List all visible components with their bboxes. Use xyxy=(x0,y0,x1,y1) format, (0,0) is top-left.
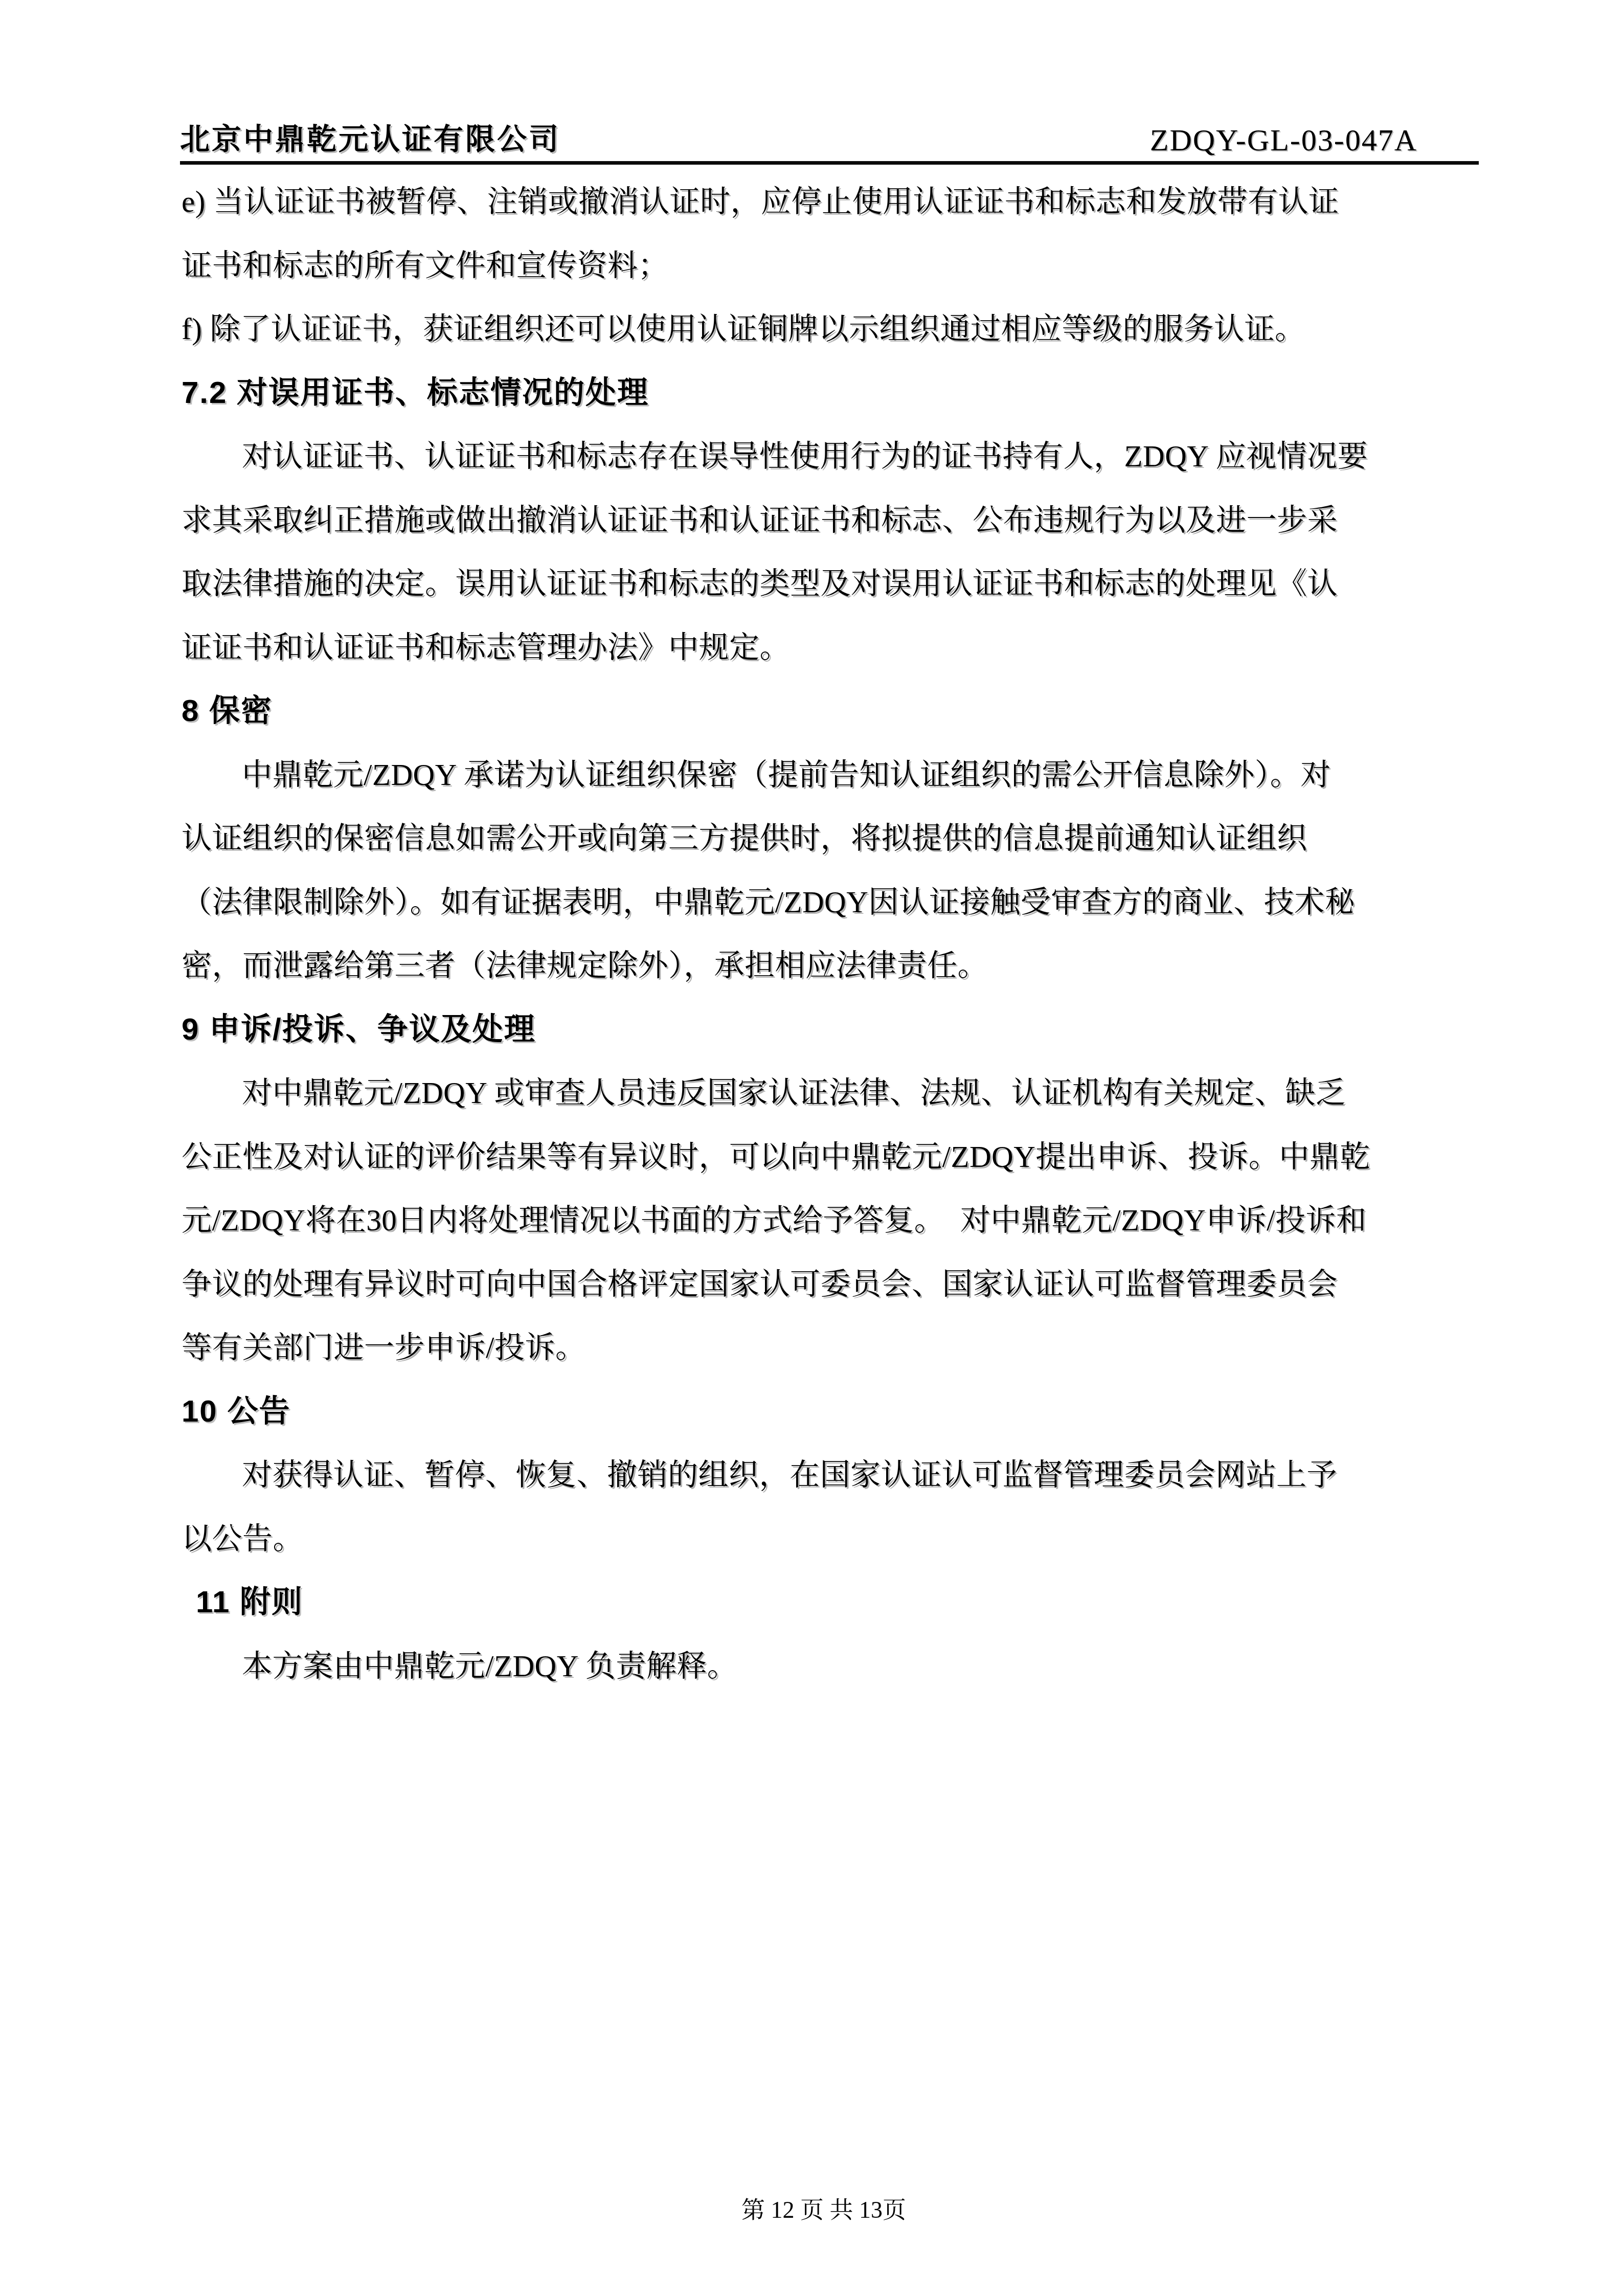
body-line: （法律限制除外）。如有证据表明，中鼎乾元/ZDQY因认证接触受审查方的商业、技术… xyxy=(182,870,1483,934)
page-header: 北京中鼎乾元认证有限公司 ZDQY-GL-03-047A xyxy=(180,105,1479,165)
page-number-indicator: 第 12 页 共 13页 xyxy=(741,2197,906,2223)
company-name: 北京中鼎乾元认证有限公司 xyxy=(180,115,560,158)
body-line: 以公告。 xyxy=(182,1507,1483,1571)
body-line: 求其采取纠正措施或做出撤消认证证书和认证证书和标志、公布违规行为以及进一步采 xyxy=(182,488,1483,552)
body-line: 本方案由中鼎乾元/ZDQY 负责解释。 xyxy=(182,1634,1483,1698)
body-line: e) 当认证证书被暂停、注销或撤消认证时，应停止使用认证证书和标志和发放带有认证 xyxy=(182,170,1483,234)
section-heading-8: 8 保密 xyxy=(182,679,1483,743)
body-line: 等有关部门进一步申诉/投诉。 xyxy=(182,1316,1483,1380)
body-line: 取法律措施的决定。误用认证证书和标志的类型及对误用认证证书和标志的处理见《认 xyxy=(182,552,1483,616)
body-line: 认证组织的保密信息如需公开或向第三方提供时，将拟提供的信息提前通知认证组织 xyxy=(182,806,1483,870)
page-footer: 第 12 页 共 13页 xyxy=(0,2164,1624,2256)
body-line: 证证书和认证证书和标志管理办法》中规定。 xyxy=(182,616,1483,680)
body-line: 元/ZDQY将在30日内将处理情况以书面的方式给予答复。 对中鼎乾元/ZDQY申… xyxy=(182,1188,1483,1252)
body-line: 证书和标志的所有文件和宣传资料； xyxy=(182,234,1483,298)
body-line: 中鼎乾元/ZDQY 承诺为认证组织保密（提前告知认证组织的需公开信息除外）。对 xyxy=(182,743,1483,807)
body-line: 对中鼎乾元/ZDQY 或审查人员违反国家认证法律、法规、认证机构有关规定、缺乏 xyxy=(182,1061,1483,1125)
body-line: f) 除了认证证书，获证组织还可以使用认证铜牌以示组织通过相应等级的服务认证。 xyxy=(182,297,1483,361)
body-line: 密，而泄露给第三者（法律规定除外），承担相应法律责任。 xyxy=(182,934,1483,998)
section-heading-7-2: 7.2 对误用证书、标志情况的处理 xyxy=(182,361,1483,425)
document-page: 北京中鼎乾元认证有限公司 ZDQY-GL-03-047A e) 当认证证书被暂停… xyxy=(0,0,1624,2296)
body-line: 对获得认证、暂停、恢复、撤销的组织，在国家认证认可监督管理委员会网站上予 xyxy=(182,1443,1483,1507)
section-heading-9: 9 申诉/投诉、争议及处理 xyxy=(182,998,1483,1062)
body-line: 对认证证书、认证证书和标志存在误导性使用行为的证书持有人，ZDQY 应视情况要 xyxy=(182,424,1483,488)
document-number: ZDQY-GL-03-047A xyxy=(1150,123,1417,158)
section-heading-10: 10 公告 xyxy=(182,1380,1483,1444)
body-line: 公正性及对认证的评价结果等有异议时，可以向中鼎乾元/ZDQY提出申诉、投诉。中鼎… xyxy=(182,1125,1483,1189)
section-heading-11: 11 附则 xyxy=(182,1570,1483,1634)
document-body: e) 当认证证书被暂停、注销或撤消认证时，应停止使用认证证书和标志和发放带有认证… xyxy=(182,170,1483,1698)
body-line: 争议的处理有异议时可向中国合格评定国家认可委员会、国家认证认可监督管理委员会 xyxy=(182,1252,1483,1316)
